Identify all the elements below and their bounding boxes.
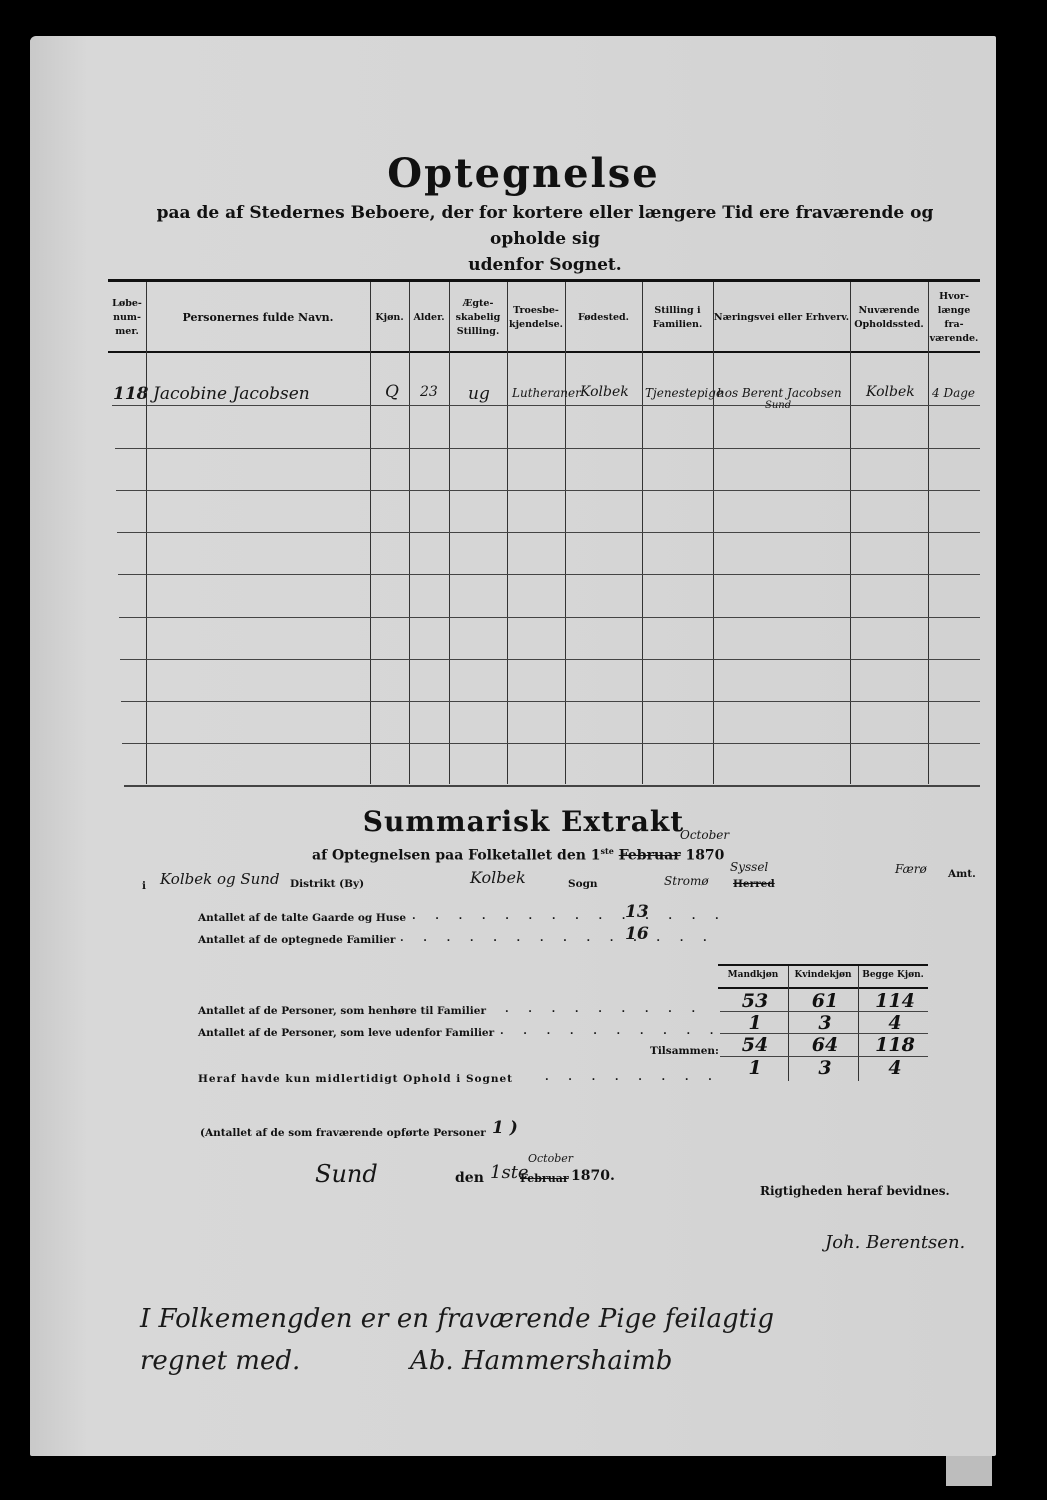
stats-header-mandkjon: Mandkjøn xyxy=(718,970,788,980)
note-signature: Ab. Hammershaimb xyxy=(410,1346,672,1376)
page-title: Optegnelse xyxy=(0,150,1047,197)
col-divider xyxy=(507,282,508,784)
place-handwritten: Sund xyxy=(315,1160,378,1188)
summary-title: Summarisk Extrakt xyxy=(0,805,1047,838)
row-line xyxy=(122,743,980,744)
cell-aegteskab: ug xyxy=(468,384,490,404)
col-divider xyxy=(713,282,714,784)
col-header-fodested: Fødested. xyxy=(565,288,642,348)
row-line xyxy=(120,659,980,660)
col-divider xyxy=(370,282,371,784)
page-subtitle: paa de af Stedernes Beboere, der for kor… xyxy=(130,200,960,278)
col-divider xyxy=(409,282,410,784)
col-divider xyxy=(642,282,643,784)
distrikt-handwritten: Kolbek og Sund xyxy=(160,870,280,888)
col-header-naering: Næringsvei eller Erhverv. xyxy=(713,288,850,348)
col-divider xyxy=(928,282,929,784)
col-header-stilling: Stilling i Familien. xyxy=(642,288,713,348)
signature: Joh. Berentsen. xyxy=(825,1232,965,1253)
row-line xyxy=(119,617,980,618)
cell-opholdssted: Kolbek xyxy=(866,384,915,400)
col-header-navn: Personernes fulde Navn. xyxy=(146,288,370,348)
row-line xyxy=(117,532,980,533)
attestation-label: Rigtigheden heraf bevidnes. xyxy=(760,1184,950,1198)
syssel-handwritten: Stromø xyxy=(664,874,709,888)
cell-naering-line2: Sund xyxy=(765,400,791,411)
stats-header-kvindekjon: Kvindekjøn xyxy=(788,970,858,980)
sogn-handwritten: Kolbek xyxy=(470,868,526,887)
col-header-opholdssted: Nuværende Opholdssted. xyxy=(850,288,928,348)
page-tab xyxy=(946,1456,992,1486)
table-bottom-rule xyxy=(124,785,980,787)
row-line xyxy=(112,405,980,406)
row-line xyxy=(116,490,980,491)
cell-naering: hos Berent Jacobsen xyxy=(717,386,842,400)
col-header-lobenummer: Løbe-num-mer. xyxy=(108,288,146,348)
col-header-kjon: Kjøn. xyxy=(370,288,409,348)
col-header-troes: Troesbe-kjendelse. xyxy=(507,288,565,348)
col-header-alder: Alder. xyxy=(409,288,449,348)
amt-handwritten: Færø xyxy=(895,862,927,876)
row-line xyxy=(121,701,980,702)
cell-troes: Lutheraner xyxy=(512,386,581,400)
col-divider xyxy=(449,282,450,784)
cell-fravaer: 4 Dage xyxy=(932,386,975,400)
col-divider xyxy=(565,282,566,784)
row-line xyxy=(115,448,980,449)
summary-date-line: af Optegnelsen paa Folketallet den 1ste … xyxy=(312,846,724,864)
row-line xyxy=(118,574,980,575)
cell-navn: Jacobine Jacobsen xyxy=(153,384,310,404)
cell-alder: 23 xyxy=(420,384,438,400)
cell-kjon: Q xyxy=(385,382,399,402)
col-header-fravaer: Hvor-længe fra-værende. xyxy=(928,288,980,348)
col-divider xyxy=(850,282,851,784)
summary-month-handwritten: October xyxy=(680,828,729,842)
cell-lobenummer: 118 xyxy=(113,384,149,404)
col-divider xyxy=(146,282,147,784)
cell-fodested: Kolbek xyxy=(580,384,629,400)
stats-header-begge: Begge Kjøn. xyxy=(858,970,928,980)
col-header-aegteskab: Ægte-skabelig Stilling. xyxy=(449,288,507,348)
cell-stilling: Tjenestepige xyxy=(645,386,723,400)
